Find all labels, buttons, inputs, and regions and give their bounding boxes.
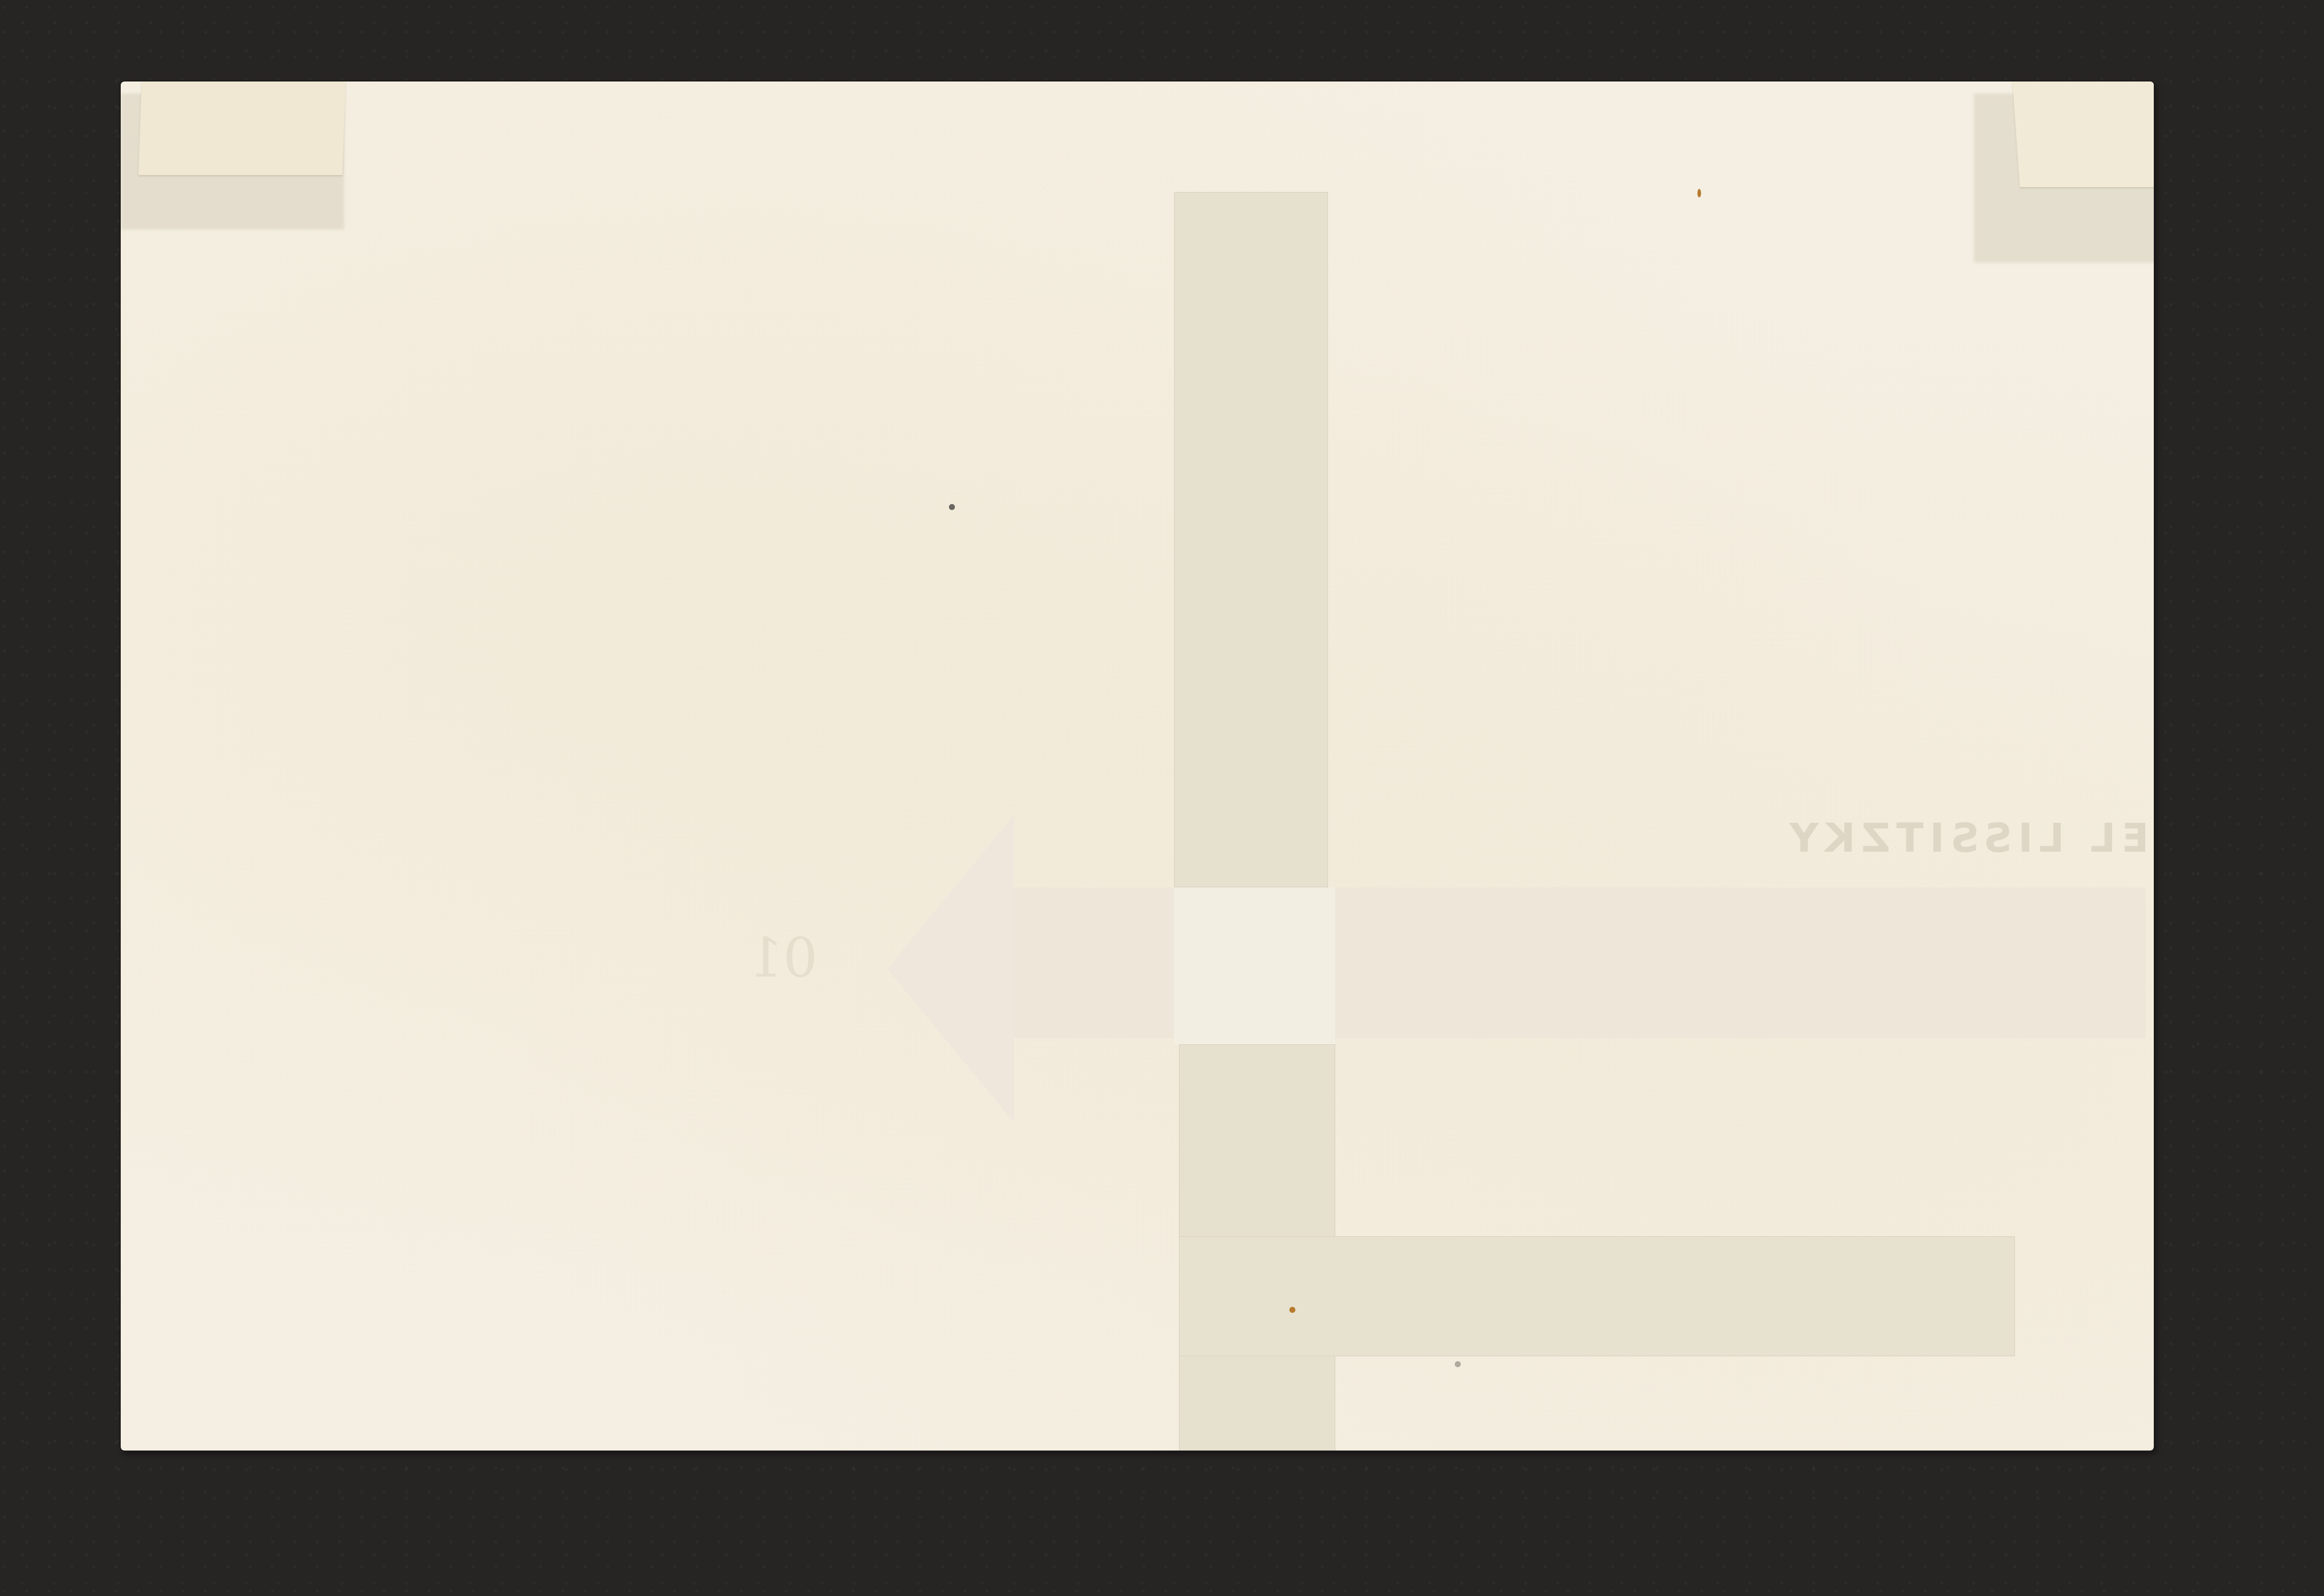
bleed-arrow-icon (887, 815, 1014, 1123)
rust-speck (1697, 189, 1701, 197)
tape-right (2013, 81, 2154, 187)
speck (949, 504, 955, 510)
bleed-bar-gap (1174, 887, 1335, 1044)
bleed-bottom-horizontal-bar (1179, 1236, 2015, 1356)
bleed-upper-vertical-bar (1174, 192, 1328, 887)
rust-speck (1289, 1307, 1295, 1313)
tape-left (138, 81, 345, 175)
speck (1455, 1361, 1461, 1367)
paper-card: EL LISSITZKY 01 (121, 81, 2154, 1451)
bleed-mark: 01 (749, 927, 818, 990)
bleed-artist-name: EL LISSITZKY (1606, 815, 2149, 861)
